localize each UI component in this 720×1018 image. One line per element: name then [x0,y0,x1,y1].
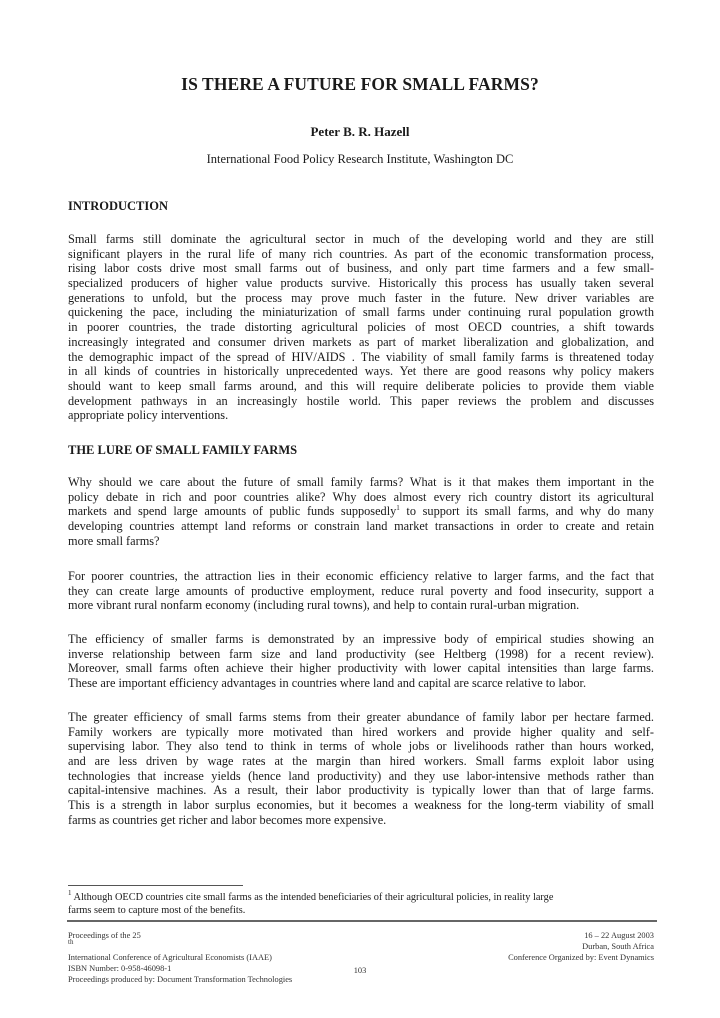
text-line: rising labor costs drive most small farm… [68,261,654,276]
section-heading-introduction: INTRODUCTION [68,199,168,214]
paragraph-lure-4: The greater efficiency of small farms st… [68,710,654,828]
text-line: and are less driven by wage rates at the… [68,754,654,769]
text-line: should want to keep small farms around, … [68,379,654,394]
text-line: quickening the pace, including the minia… [68,305,654,320]
text-segment: to support its small farms, and why do m… [400,504,654,518]
footer-proceedings-info: Proceedings of the 25th International Co… [68,930,292,985]
text-line: The greater efficiency of small farms st… [68,710,654,725]
text-line: farms as countries get richer and labor … [68,813,654,828]
text-line: generations to unfold, but the process m… [68,291,654,306]
footnote: 1 Although OECD countries cite small far… [68,891,654,917]
text-line: Why should we care about the future of s… [68,475,654,490]
footer-text: International Conference of Agricultural… [68,952,292,963]
text-line: they can create large amounts of product… [68,584,654,599]
text-line: in all kinds of countries in historicall… [68,364,654,379]
text-line: policy debate in rich and poor countries… [68,490,654,505]
ordinal-superscript: th [68,938,73,946]
paragraph-lure-1: Why should we care about the future of s… [68,475,654,548]
footer-organizer: Conference Organized by: Event Dynamics [508,952,654,963]
document-page: IS THERE A FUTURE FOR SMALL FARMS? Peter… [0,0,720,1018]
footer-dates: 16 – 22 August 2003 [508,930,654,941]
text-line: development pathways in an increasingly … [68,394,654,409]
text-line: inverse relationship between farm size a… [68,647,654,662]
paragraph-lure-3: The efficiency of smaller farms is demon… [68,632,654,691]
text-line: capital-intensive machines. As a result,… [68,783,654,798]
text-line: more vibrant rural nonfarm economy (incl… [68,598,654,613]
footnote-separator [68,885,243,886]
text-line: developing countries attempt land reform… [68,519,654,534]
text-line: The efficiency of smaller farms is demon… [68,632,654,647]
footer-text: Proceedings of the 25 [68,930,292,941]
text-line: For poorer countries, the attraction lie… [68,569,654,584]
text-line: These are important efficiency advantage… [68,676,654,691]
footer-divider [67,920,657,922]
text-line: significant players in the rural life of… [68,247,654,262]
page-number: 103 [0,966,720,975]
text-line: appropriate policy interventions. [68,408,654,423]
text-line: Small farms still dominate the agricultu… [68,232,654,247]
paper-title: IS THERE A FUTURE FOR SMALL FARMS? [0,74,720,95]
text-line-with-footnote: markets and spend large amounts of publi… [68,504,654,519]
text-line: This is a strength in labor surplus econ… [68,798,654,813]
footnote-text: Although OECD countries cite small farms… [72,892,554,903]
footer-location: Durban, South Africa [508,941,654,952]
footer-producer: Proceedings produced by: Document Transf… [68,974,292,985]
text-line: Moreover, small farms often achieve thei… [68,661,654,676]
footnote-line: 1 Although OECD countries cite small far… [68,891,654,904]
author-affiliation: International Food Policy Research Insti… [0,152,720,167]
text-line: more small farms? [68,534,654,549]
text-segment: markets and spend large amounts of publi… [68,504,396,518]
paragraph-lure-2: For poorer countries, the attraction lie… [68,569,654,613]
paragraph-introduction: Small farms still dominate the agricultu… [68,232,654,423]
footnote-line: farms seem to capture most of the benefi… [68,904,654,917]
author-name: Peter B. R. Hazell [0,124,720,140]
text-line: supervising labor. They also tend to thi… [68,739,654,754]
section-heading-lure: THE LURE OF SMALL FAMILY FARMS [68,443,297,458]
text-line: Family workers are typically more motiva… [68,725,654,740]
text-line: technologies that increase yields (hence… [68,769,654,784]
text-line: in poorer countries, the trade distortin… [68,320,654,335]
footer-conference-line: Proceedings of the 25th International Co… [68,930,292,963]
text-line: the demographic impact of the spread of … [68,350,654,365]
text-line: increasingly integrated and consumer dri… [68,335,654,350]
footer-conference-info: 16 – 22 August 2003 Durban, South Africa… [508,930,654,963]
text-line: specialized producers of higher value pr… [68,276,654,291]
